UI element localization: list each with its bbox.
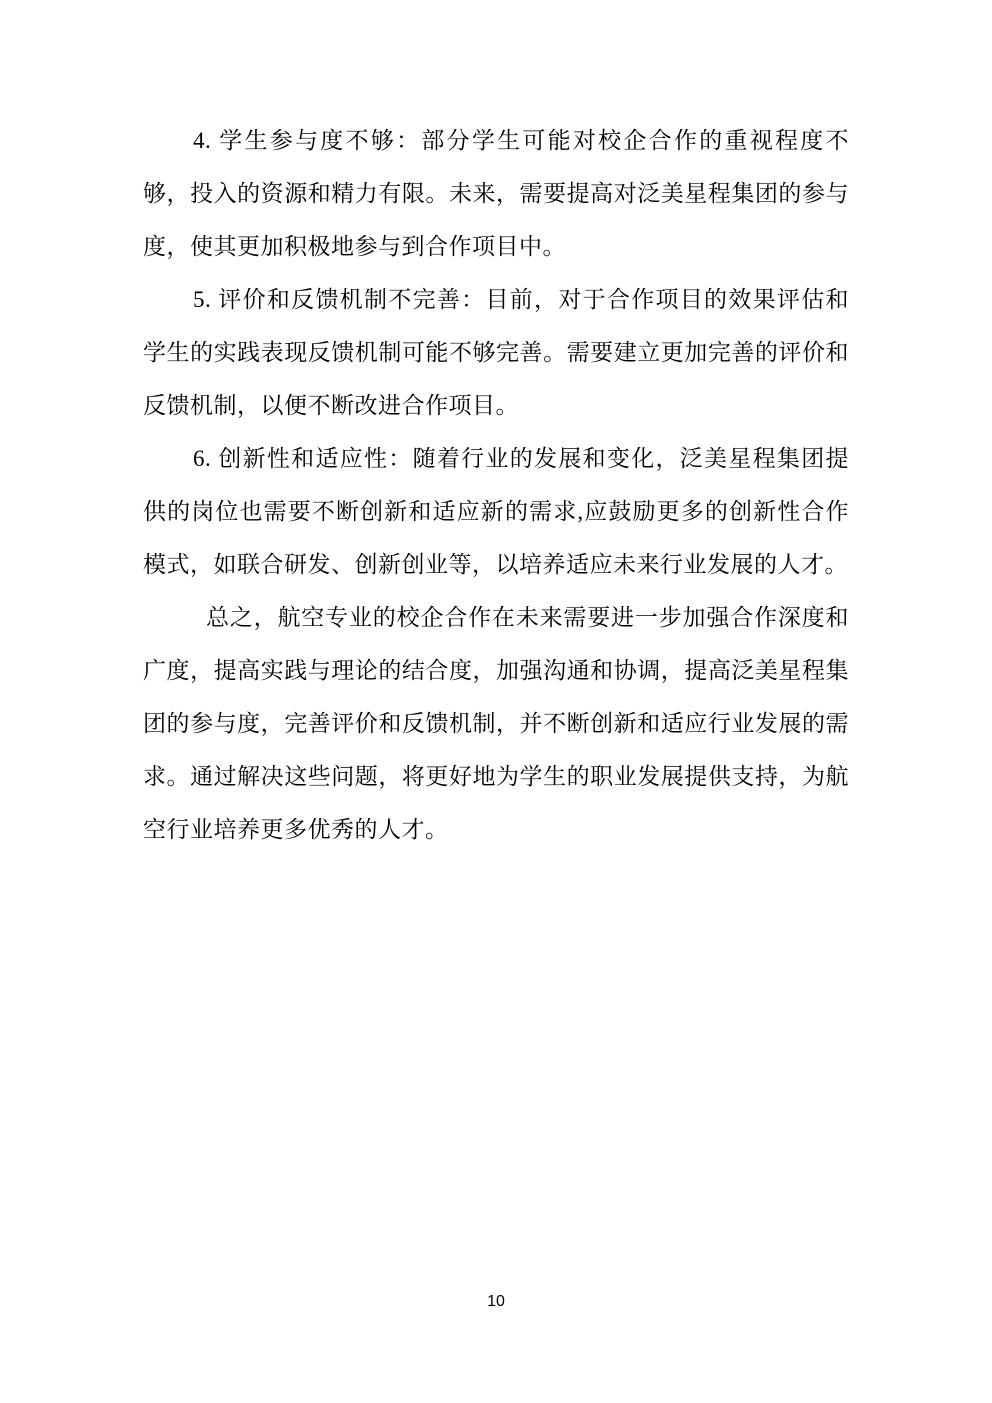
page-footer: 10 <box>0 1293 992 1311</box>
paragraph-item-4: 4. 学生参与度不够：部分学生可能对校企合作的重视程度不够，投入的资源和精力有限… <box>143 114 849 273</box>
document-body: 4. 学生参与度不够：部分学生可能对校企合作的重视程度不够，投入的资源和精力有限… <box>143 114 849 856</box>
paragraph-summary: 总之，航空专业的校企合作在未来需要进一步加强合作深度和广度，提高实践与理论的结合… <box>143 591 849 856</box>
paragraph-item-6: 6. 创新性和适应性：随着行业的发展和变化，泛美星程集团提供的岗位也需要不断创新… <box>143 432 849 591</box>
paragraph-item-5: 5. 评价和反馈机制不完善：目前，对于合作项目的效果评估和学生的实践表现反馈机制… <box>143 273 849 432</box>
document-page: 4. 学生参与度不够：部分学生可能对校企合作的重视程度不够，投入的资源和精力有限… <box>0 0 992 1403</box>
page-number: 10 <box>487 1293 505 1310</box>
